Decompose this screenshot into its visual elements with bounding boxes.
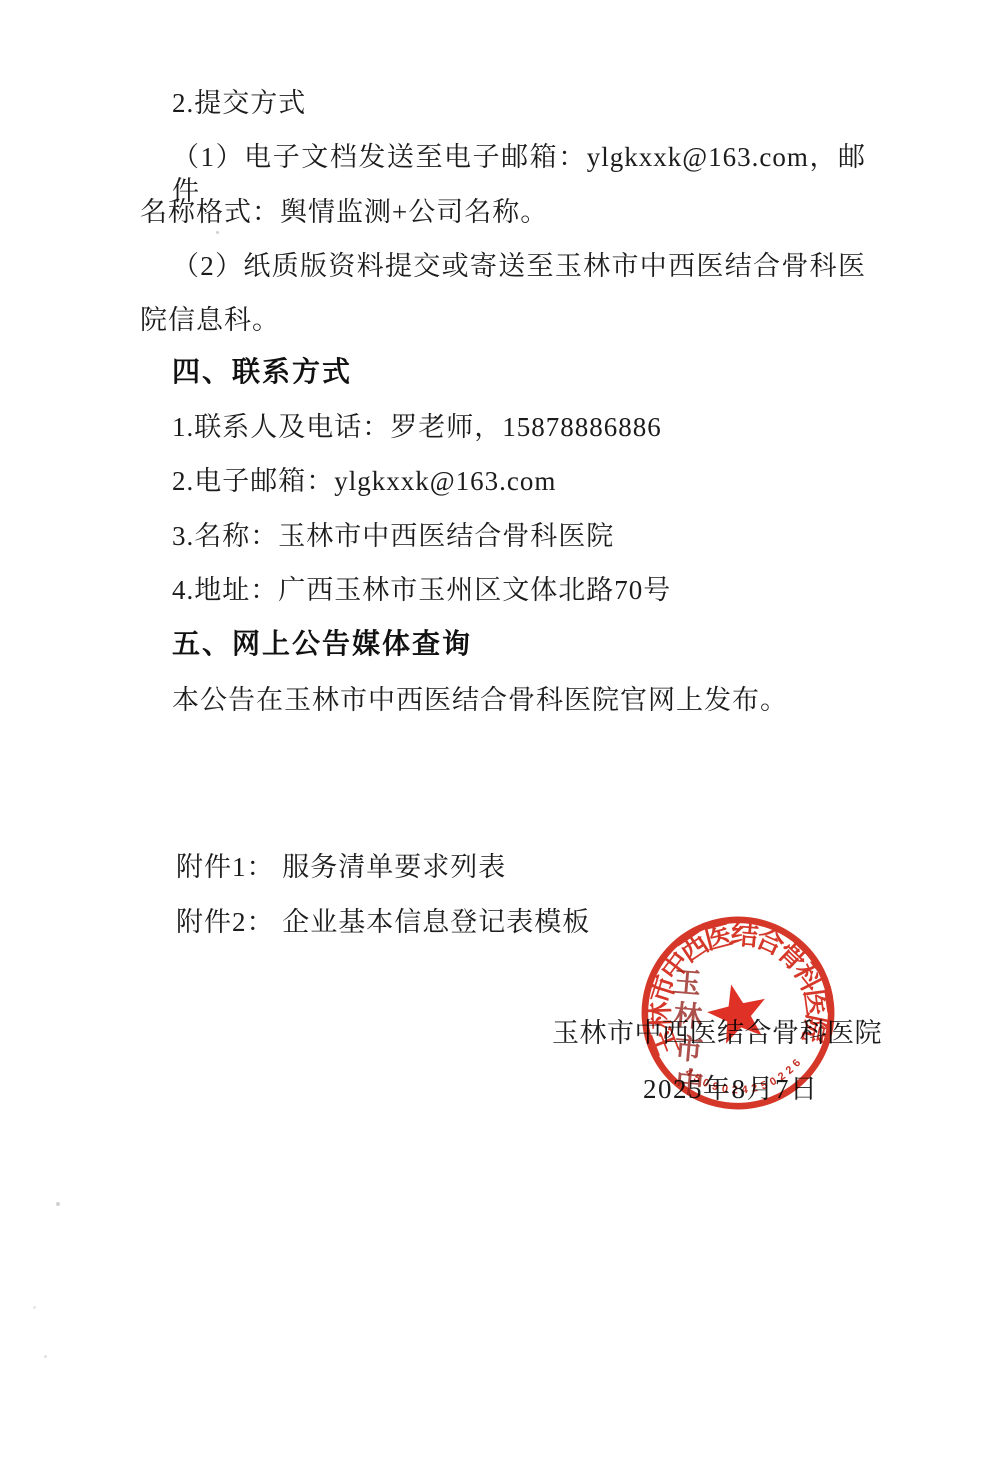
- paragraph-paper-submission-line1: （2）纸质版资料提交或寄送至玉林市中西医结合骨科医: [172, 249, 866, 283]
- contact-person-phone: 1.联系人及电话：罗老师，15878886886: [172, 410, 662, 444]
- online-announcement-body: 本公告在玉林市中西医结合骨科医院官网上发布。: [172, 683, 788, 717]
- paragraph-paper-submission-line2: 院信息科。: [140, 303, 280, 337]
- attachment-1: 附件1： 服务清单要求列表: [176, 850, 506, 884]
- seal-ghost-char: 中: [674, 1066, 705, 1100]
- contact-address: 4.地址：广西玉林市玉州区文体北路70号: [172, 573, 671, 607]
- scan-speckle: [216, 231, 219, 234]
- scan-speckle: [44, 1355, 47, 1358]
- contact-org-name: 3.名称：玉林市中西医结合骨科医院: [172, 519, 614, 553]
- paragraph-submit-method-title: 2.提交方式: [172, 86, 306, 120]
- scan-speckle: [33, 1306, 36, 1309]
- seal-ghost-char: 玉: [671, 966, 702, 1000]
- section-heading-online-announcement: 五、网上公告媒体查询: [172, 627, 472, 661]
- seal-ghost-char: 市: [673, 1033, 704, 1067]
- scan-speckle: [56, 1202, 60, 1206]
- document-page: 2.提交方式 （1）电子文档发送至电子邮箱：ylgkxxk@163.com，邮件…: [0, 0, 1000, 1467]
- paragraph-electronic-submission-line2: 名称格式：舆情监测+公司名称。: [140, 195, 548, 229]
- official-seal: 玉林市中西医结合骨科医院 4509024250226 玉 林 市 中: [625, 900, 850, 1125]
- seal-ring-text: 玉林市中西医结合骨科医院: [637, 911, 835, 1061]
- seal-ghost-char: 林: [672, 999, 704, 1033]
- section-heading-contact: 四、联系方式: [172, 355, 352, 389]
- attachment-2: 附件2： 企业基本信息登记表模板: [176, 905, 590, 939]
- star-icon: [702, 978, 773, 1046]
- contact-email: 2.电子邮箱：ylgkxxk@163.com: [172, 464, 556, 498]
